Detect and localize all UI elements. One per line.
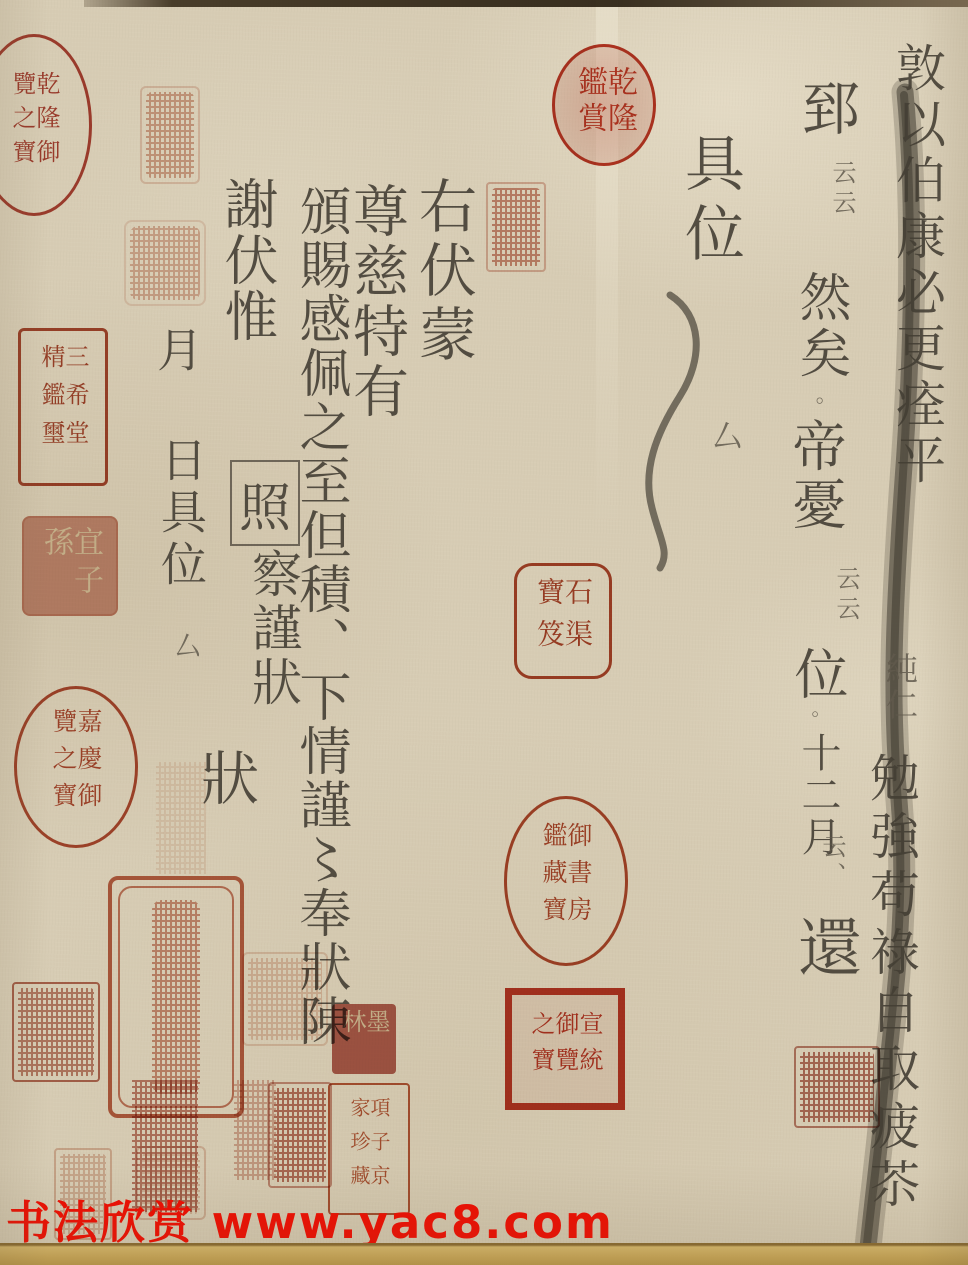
seal-xuantong-yulan-zhibao: 宣統御覽之寶 <box>505 988 625 1110</box>
calligraphy-main-col-4: 謝伏惟 <box>220 176 274 344</box>
punct-circle-1: 。 <box>800 396 822 418</box>
seal-text: 乾隆御覽之寶 <box>10 71 58 179</box>
seal-qianlong-jianshang: 乾隆鑑賞 <box>552 44 656 166</box>
site-watermark: 书法欣赏 www.yac8.com <box>6 1186 614 1251</box>
calligraphy-huan: 還 <box>792 914 856 978</box>
calligraphy-interlinear-right: 純仁 <box>884 652 916 724</box>
seal-text: 墨林 <box>340 1009 388 1069</box>
small-rect-collector-seal <box>486 182 546 272</box>
cursive-flourish <box>649 295 697 568</box>
collector-seal-bottom-left <box>12 982 100 1082</box>
seal-text: 嘉慶御覽之寶 <box>51 708 101 826</box>
interlinear-yunyun-2: 云云 <box>834 566 858 626</box>
calligraphy-zhuang: 狀 <box>196 748 254 806</box>
seal-text: 乾隆鑑賞 <box>574 66 634 144</box>
calligraphy-char-zhi: 郅 <box>797 78 855 136</box>
cursive-mark-si-1: 厶 <box>708 420 738 450</box>
calligraphy-main-col-5: 察謹狀 <box>248 548 298 710</box>
ornate-light-square-seal <box>242 952 328 1046</box>
seal-molin: 墨林 <box>332 1004 396 1074</box>
seal-text: 石渠寶笈 <box>535 577 591 665</box>
calligraphy-scroll-scan: 敦以伯康必更痊平 純仁 勉強苟祿自取疲苶 郅 云云 然矣 。 帝憂 云云 位 。… <box>0 0 968 1265</box>
seal-qianlong-yulan-zhibao: 乾隆御覽之寶 <box>0 34 92 216</box>
seal-text: 御書房鑑藏寶 <box>541 822 591 940</box>
scroll-mount-strip <box>0 1243 968 1265</box>
boxed-char-zhao: 照 <box>230 460 300 546</box>
calligraphy-juwei: 具位 <box>680 132 740 272</box>
calligraphy-column-right-1: 敦以伯康必更痊平 <box>892 42 942 490</box>
calligraphy-wei: 位 <box>790 646 844 700</box>
calligraphy-yue: 月 <box>154 326 200 372</box>
calligraphy-ri-juwei: 日具位 <box>158 436 204 592</box>
boxed-char-text: 照 <box>239 466 291 541</box>
collector-seal-bottom-right <box>794 1046 880 1128</box>
seal-yi-zisun: 宜子孫 <box>22 516 118 616</box>
seal-text: 三希堂精鑑璽 <box>39 344 87 470</box>
scroll-top-edge <box>84 0 968 7</box>
calligraphy-diyou: 帝憂 <box>788 418 842 534</box>
seal-text: 宜子孫 <box>40 526 100 606</box>
faded-square-seal <box>124 220 206 306</box>
cursive-mark-si-2: 厶 <box>172 632 198 658</box>
interlinear-yun-3: 云、 <box>820 834 844 890</box>
seal-jiaqing-yulan-zhibao: 嘉慶御覽之寶 <box>14 686 138 848</box>
calligraphy-main-col-2: 尊慈特有 <box>348 182 404 422</box>
seal-shiqu-baoji: 石渠寶笈 <box>514 563 612 679</box>
faded-rect-seal <box>140 86 200 184</box>
calligraphy-main-col-1: 右伏蒙 <box>414 176 472 368</box>
collector-seal-pair-right <box>268 1082 332 1188</box>
seal-text: 宣統御覽之寶 <box>529 1011 601 1087</box>
interlinear-yunyun-1: 云云 <box>830 160 854 220</box>
seal-sanxitang-jingjian-xi: 三希堂精鑑璽 <box>18 328 108 486</box>
punct-circle-2: 。 <box>798 710 818 730</box>
calligraphy-column-right-1b: 勉強苟祿自取疲苶 <box>866 752 916 1216</box>
ornate-inner-frame <box>118 886 234 1108</box>
seal-yushufang-jiancang-bao: 御書房鑑藏寶 <box>504 796 628 966</box>
calligraphy-ranyi: 然矣 <box>794 270 846 382</box>
